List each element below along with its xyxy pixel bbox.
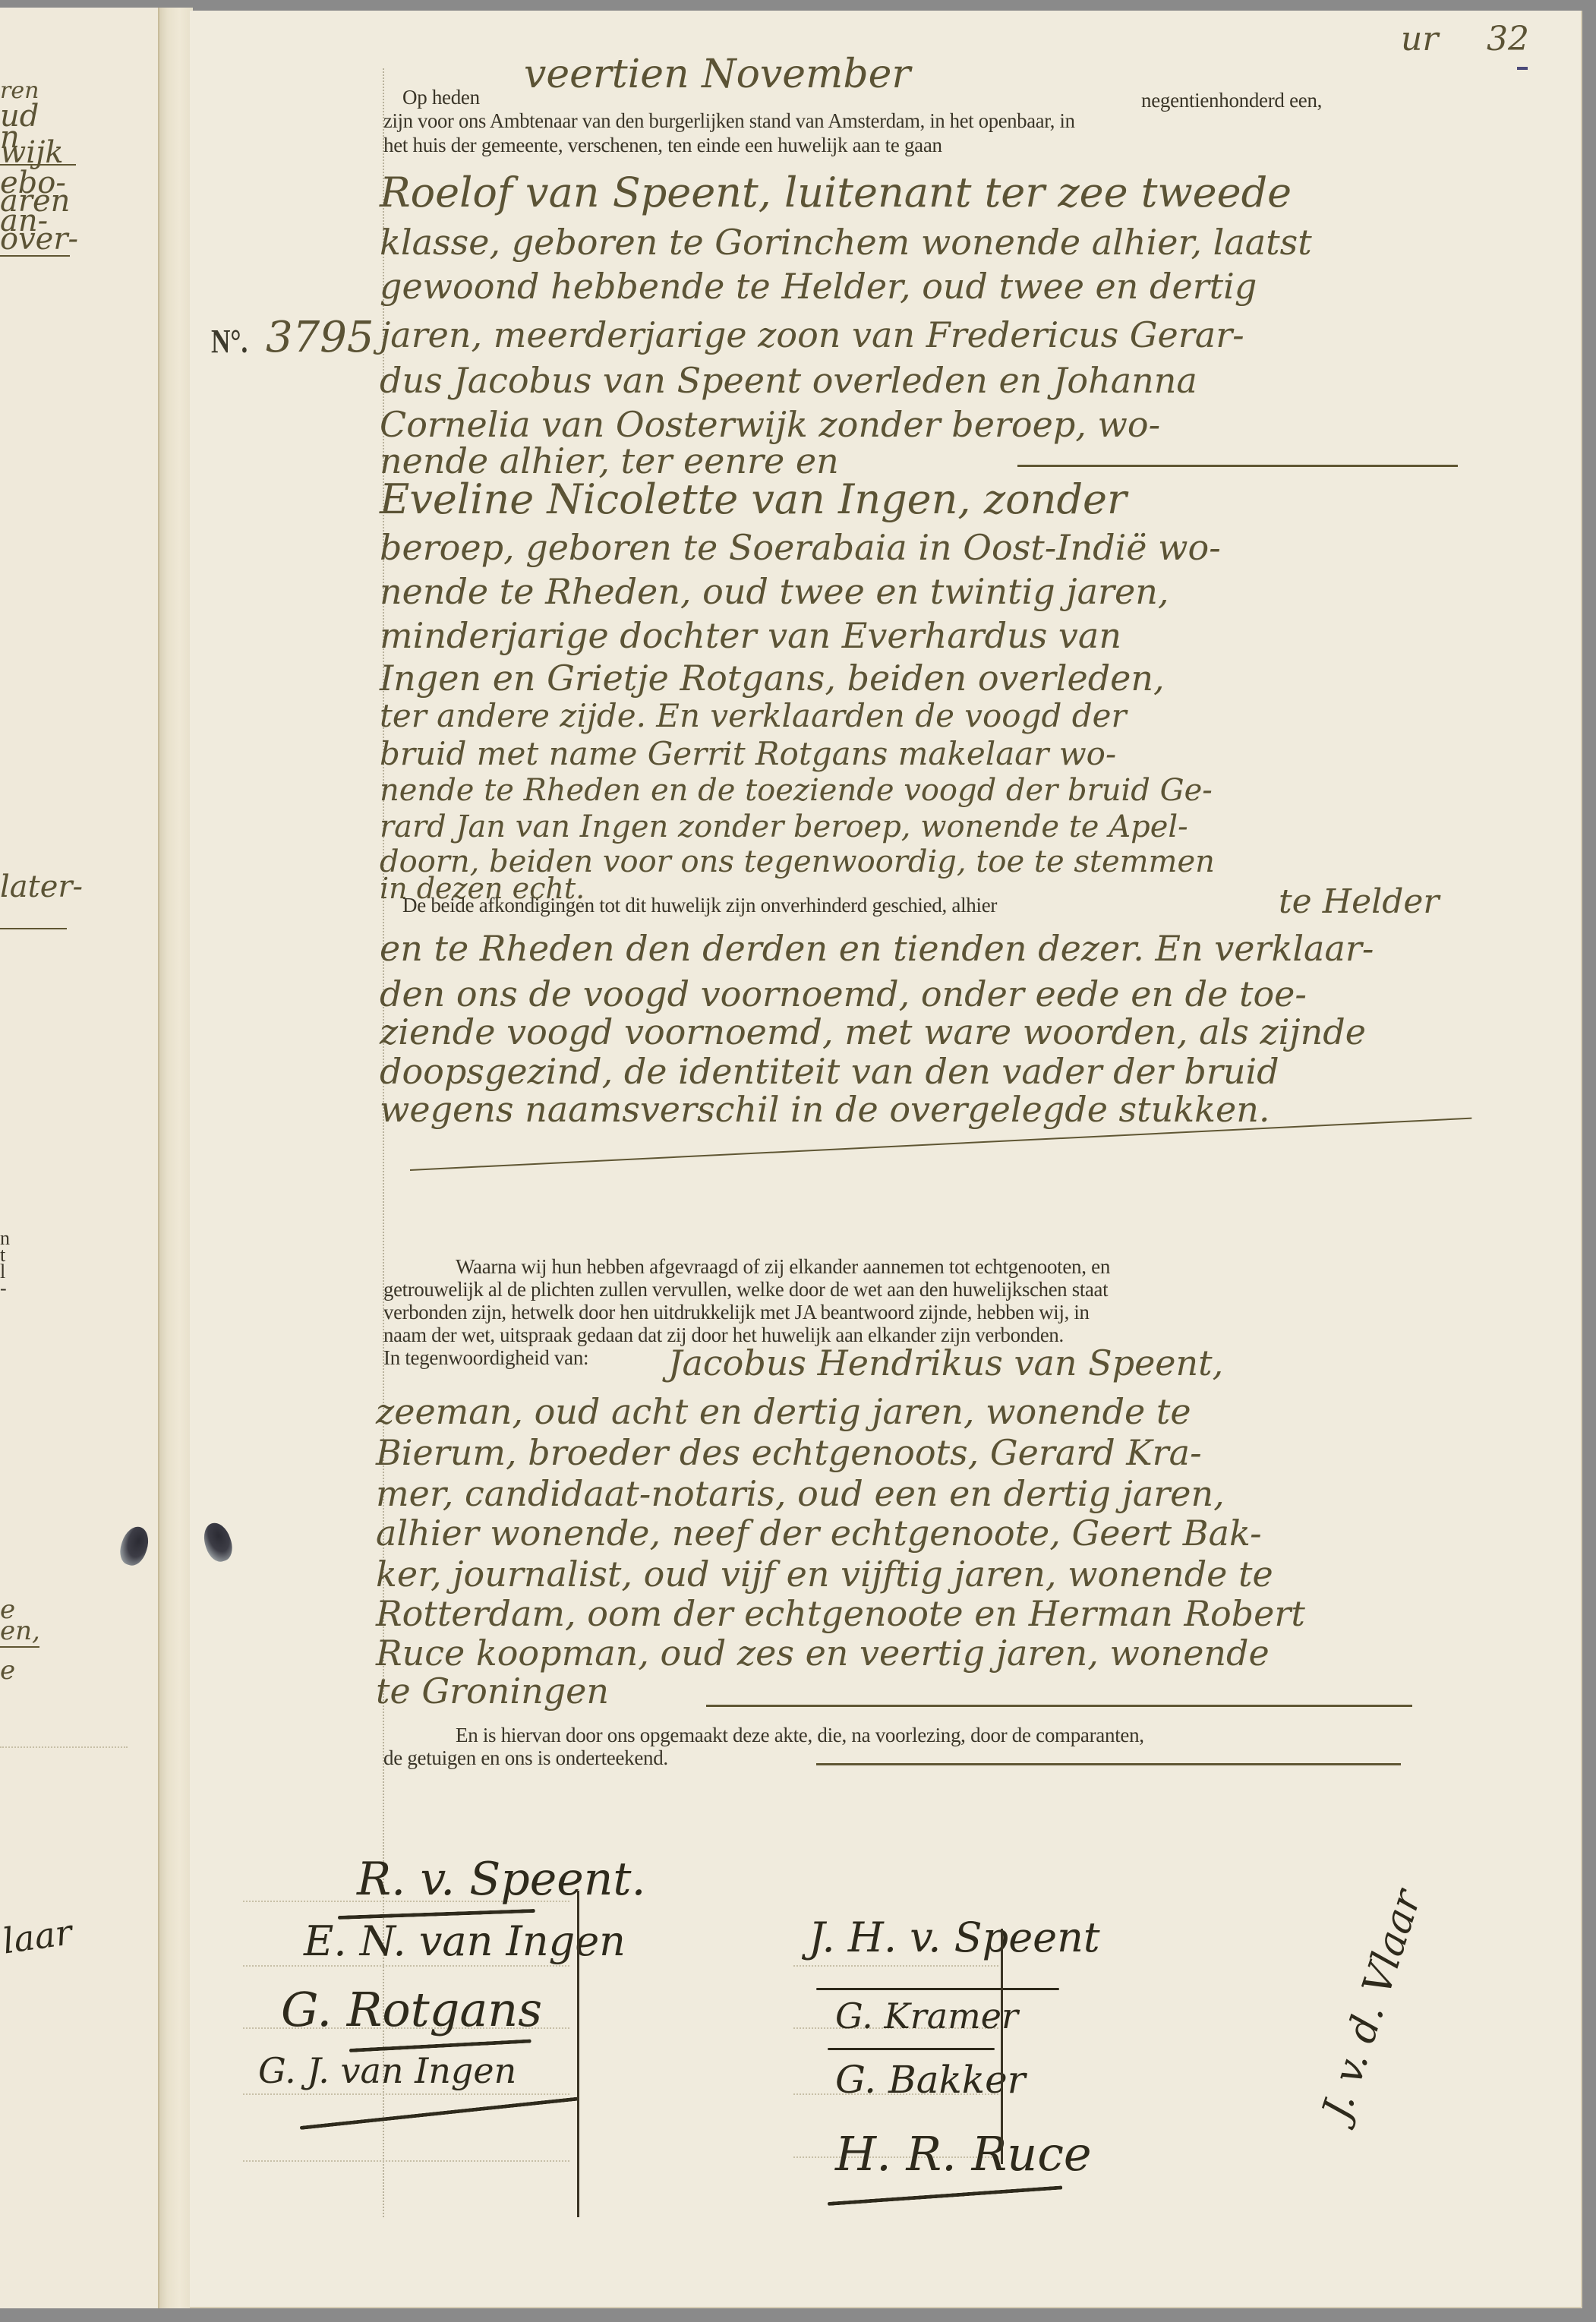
record-number: 3795 — [266, 313, 374, 362]
page-number: 32 — [1487, 20, 1529, 58]
prev-signature: laar — [0, 1911, 74, 1961]
signature-witness-2: G. Kramer — [835, 1995, 1018, 2036]
signature-guide-line — [243, 2093, 569, 2095]
printed-ceremony-line: Waarna wij hun hebben afgevraagd of zij … — [456, 1255, 1110, 1279]
printed-ceremony-line: verbonden zijn, hetwelk door hen uitdruk… — [383, 1301, 1090, 1324]
hand-banns-line: ziende voogd voornoemd, met ware woorden… — [380, 1011, 1366, 1052]
line-filler-rule — [1017, 465, 1458, 467]
hand-banns-line: en te Rheden den derden en tienden dezer… — [380, 928, 1374, 969]
hand-witness-inline: Jacobus Hendrikus van Speent, — [668, 1342, 1223, 1383]
printed-closing-line: de getuigen en ons is onderteekend. — [383, 1746, 668, 1770]
prev-fragment: later- — [0, 869, 83, 904]
hand-line: minderjarige dochter van Everhardus van — [380, 615, 1121, 656]
printed-closing-line: En is hiervan door ons opgemaakt deze ak… — [456, 1724, 1144, 1747]
prev-rule — [0, 1646, 39, 1648]
hand-line: ter andere zijde. En verklaarden de voog… — [380, 697, 1127, 734]
signature-underline — [828, 2048, 995, 2050]
line-filler-rule — [816, 1763, 1401, 1765]
hand-witness-line: Rotterdam, oom der echtgenoote en Herman… — [376, 1593, 1305, 1634]
hand-witness-line: alhier wonende, neef der echtgenoote, Ge… — [376, 1513, 1262, 1554]
previous-page: ren ud n wijk ebo- aren an- over- later-… — [0, 8, 161, 2308]
page-number-underline — [1517, 67, 1528, 70]
hand-witness-line: te Groningen — [376, 1671, 609, 1712]
prev-fragment: e — [0, 1655, 15, 1686]
printed-ceremony-line: getrouwelijk al de plichten zullen vervu… — [383, 1278, 1108, 1301]
ink-blot — [116, 1523, 153, 1569]
line-filler-rule — [706, 1705, 1412, 1707]
signature-witness-1: J. H. v. Speent — [809, 1913, 1100, 1961]
hand-line: beroep, geboren te Soerabaia in Oost-Ind… — [380, 527, 1221, 568]
prev-rule — [0, 255, 70, 257]
signature-bracket — [577, 1891, 579, 2217]
hand-line: gewoond hebbende te Helder, oud twee en … — [380, 266, 1257, 307]
signature-co-guardian: G. J. van Ingen — [258, 2050, 516, 2091]
hand-banns-line: doopsgezind, de identiteit van den vader… — [380, 1051, 1279, 1092]
prev-printed-fragment: n t l - — [0, 1230, 10, 1297]
hand-witness-line: Bierum, broeder des echtgenoots, Gerard … — [376, 1432, 1202, 1473]
printed-intro-line-3: het huis der gemeente, verschenen, ten e… — [383, 134, 942, 157]
hand-line: Ingen en Grietje Rotgans, beiden overled… — [380, 658, 1165, 699]
hand-witness-line: Ruce koopman, oud zes en veertig jaren, … — [376, 1633, 1270, 1674]
printed-year: negentienhonderd een, — [1141, 89, 1322, 112]
hand-line: rard Jan van Ingen zonder beroep, wonend… — [380, 809, 1188, 844]
signature-guide-line — [793, 1965, 998, 1967]
prev-printed-char: - — [0, 1277, 7, 1299]
hand-line: Eveline Nicolette van Ingen, zonder — [380, 475, 1127, 523]
printed-witnesses-label: In tegenwoordigheid van: — [383, 1346, 588, 1370]
page-annotation-prefix: ur — [1401, 20, 1438, 58]
hand-line: Roelof van Speent, luitenant ter zee twe… — [380, 169, 1292, 216]
printed-op-heden: Op heden — [402, 86, 480, 109]
printed-banns: De beide afkondigingen tot dit huwelijk … — [402, 894, 997, 917]
hand-line: klasse, geboren te Gorinchem wonende alh… — [380, 222, 1312, 263]
hand-line: Cornelia van Oosterwijk zonder beroep, w… — [380, 404, 1160, 445]
prev-rule — [0, 928, 67, 929]
book-gutter — [158, 8, 193, 2308]
prev-fragment: over- — [0, 222, 78, 257]
signature-bracket — [1001, 1929, 1003, 2164]
printed-intro-line-2: zijn voor ons Ambtenaar van den burgerli… — [383, 109, 1075, 133]
record-number-prefix: N°. — [211, 322, 248, 361]
hand-witness-line: ker, journalist, oud vijf en vijftig jar… — [376, 1554, 1273, 1595]
hand-banns-line: den ons de voogd voornoemd, onder eede e… — [380, 973, 1307, 1014]
hand-line: nende te Rheden, oud twee en twintig jar… — [380, 571, 1169, 612]
signature-guide-line — [243, 1965, 569, 1967]
hand-witness-line: zeeman, oud acht en dertig jaren, wonend… — [376, 1391, 1191, 1432]
signature-groom: R. v. Speent. — [357, 1853, 646, 1906]
signature-witness-4: H. R. Ruce — [835, 2126, 1092, 2182]
hand-line: dus Jacobus van Speent overleden en Joha… — [380, 360, 1197, 401]
signature-underline — [816, 1988, 1059, 1990]
hand-line: bruid met name Gerrit Rotgans makelaar w… — [380, 735, 1116, 772]
prev-dotted-line — [0, 1746, 128, 1748]
hand-banns-inline: te Helder — [1279, 882, 1439, 921]
prev-fragment: en, — [0, 1616, 40, 1646]
signature-guardian: G. Rotgans — [281, 1982, 542, 2037]
signature-guide-line — [243, 2160, 569, 2162]
hand-witness-line: mer, candidaat-notaris, oud een en derti… — [376, 1473, 1225, 1514]
hand-line: nende te Rheden en de toeziende voogd de… — [380, 773, 1213, 808]
handwritten-date: veertien November — [524, 52, 910, 97]
signature-witness-3: G. Bakker — [835, 2058, 1026, 2102]
hand-line: jaren, meerderjarige zoon van Fredericus… — [380, 314, 1244, 355]
hand-banns-line: wegens naamsverschil in de overgelegde s… — [380, 1089, 1270, 1130]
